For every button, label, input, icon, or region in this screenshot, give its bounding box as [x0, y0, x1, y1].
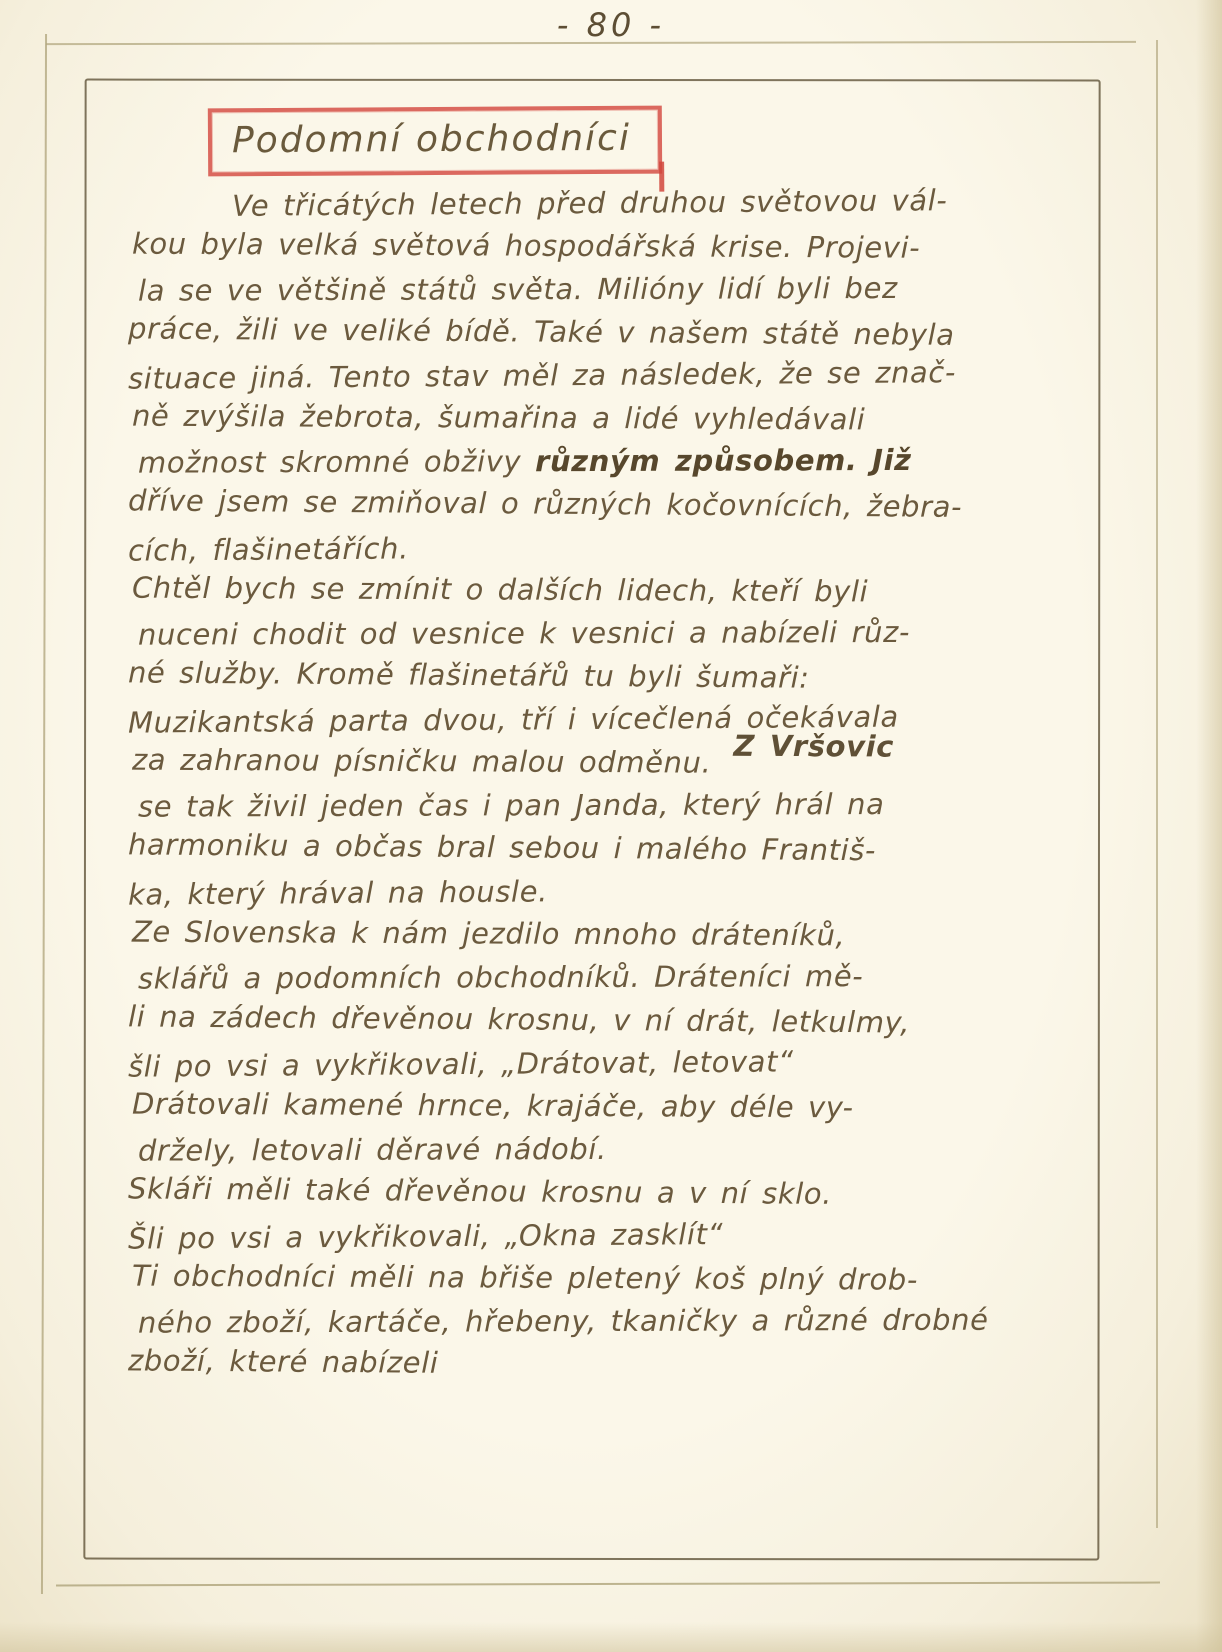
handwritten-line: né služby. Kromě flašinetářů tu byli šum…	[128, 651, 1058, 701]
handwritten-line: Skláři měli také dřevěnou krosnu a v ní …	[128, 1167, 1058, 1217]
handwritten-line: Ti obchodníci měli na břiše pletený koš …	[132, 1255, 1058, 1303]
handwritten-line: Drátovali kamené hrnce, krajáče, aby dél…	[132, 1083, 1058, 1131]
handwritten-line: práce, žili ve veliké bídě. Také v našem…	[128, 307, 1058, 357]
handwritten-line: li na zádech dřevěnou krosnu, v ní drát,…	[128, 995, 1058, 1045]
handwritten-line: šli po vsi a vykřikovali, „Drátovat, let…	[128, 1038, 1058, 1088]
emphasized-phrase: různým způsobem. Již	[535, 443, 912, 478]
handwritten-line: možnost skromné obživy různým způsobem. …	[138, 438, 1058, 484]
handwritten-line: situace jiná. Tento stav měl za následek…	[128, 350, 1058, 400]
paper-edge-shadow-bottom	[0, 1622, 1222, 1652]
handwritten-line: la se ve většině států světa. Milióny li…	[138, 266, 1058, 312]
scanned-manuscript-page: - 80 - Podomní obchodníci Ve třicátých l…	[0, 0, 1222, 1652]
pencil-rule-right	[1156, 40, 1158, 1528]
pencil-rule-left	[41, 34, 47, 1594]
handwritten-text-block: Ve třicátých letech před druhou světovou…	[128, 182, 1058, 1386]
handwritten-line: se tak živil jeden čas i pan Janda, kter…	[138, 782, 1058, 828]
handwritten-line: ka, který hrával na housle.	[128, 866, 1058, 916]
handwritten-line: harmoniku a občas bral sebou i malého Fr…	[128, 823, 1058, 873]
title-red-box: Podomní obchodníci	[208, 106, 662, 177]
handwritten-line: nuceni chodit od vesnice k vesnici a nab…	[138, 610, 1058, 656]
handwritten-line: Ve třicátých letech před druhou světovou…	[128, 178, 1058, 228]
handwritten-line: dříve jsem se zmiňoval o různých kočovní…	[128, 479, 1058, 529]
handwritten-line: cích, flašinetářích.	[128, 522, 1058, 572]
handwritten-line: Muzikantská parta dvou, tří i vícečlená …	[128, 694, 1058, 744]
handwritten-line: Šli po vsi a vykřikovali, „Okna zasklít“	[128, 1210, 1058, 1260]
pencil-rule-bottom	[56, 1582, 1160, 1587]
handwritten-line: sklářů a podomních obchodníků. Dráteníci…	[138, 954, 1058, 1000]
page-number: - 80 -	[0, 6, 1222, 44]
handwritten-line: ného zboží, kartáče, hřebeny, tkaničky a…	[138, 1298, 1058, 1344]
handwritten-line: držely, letovali děravé nádobí.	[138, 1126, 1058, 1172]
page-title: Podomní obchodníci	[232, 118, 631, 161]
handwritten-line: Ze Slovenska k nám jezdilo mnoho drátení…	[132, 911, 1058, 959]
handwritten-line: ně zvýšila žebrota, šumařina a lidé vyhl…	[132, 395, 1058, 443]
handwritten-line: zboží, které nabízeli	[128, 1339, 1058, 1389]
handwritten-line: Chtěl bych se zmínit o dalších lidech, k…	[132, 567, 1058, 615]
raised-interline-note: Z Vršovic	[733, 725, 894, 769]
handwritten-line: za zahranou písničku malou odměnu.Z Vršo…	[132, 739, 1058, 787]
handwritten-line: kou byla velká světová hospodářská krise…	[132, 223, 1058, 271]
paper-edge-shadow-right	[1196, 0, 1222, 1652]
